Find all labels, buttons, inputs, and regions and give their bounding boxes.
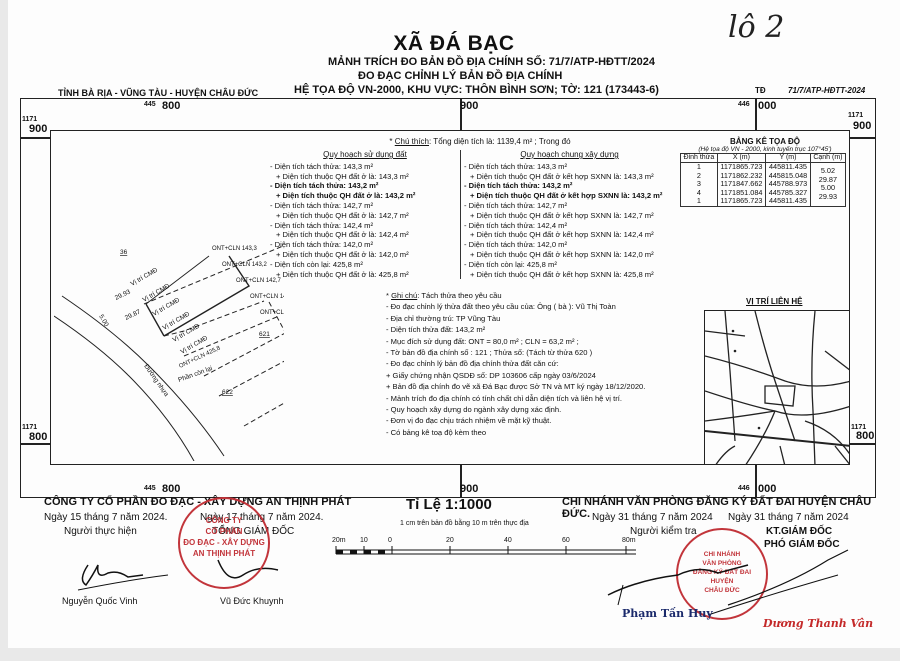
table-row: 123411171865.7231171862.2321171847.66211…: [681, 163, 846, 207]
lot-area-label: ONT+CLN 142,0: [260, 310, 284, 316]
coordinate-system: HỆ TỌA ĐỘ VN-2000, KHU VỰC: THÔN BÌNH SƠ…: [294, 84, 659, 96]
legend-item-area: - Diện tích tách thửa: 143,2 m²: [464, 181, 675, 191]
checker-role: Người kiểm tra: [630, 526, 697, 537]
coordinate-table-grid: Đỉnh thửaX (m)Y (m)Cạnh (m) 123411171865…: [680, 153, 846, 207]
legend-item-area: - Diện tích còn lại: 425,8 m²: [464, 260, 675, 270]
seal-text: ĐO ĐẠC - XÂY DỰNG: [180, 537, 268, 548]
document-title: XÃ ĐÁ BẠC: [8, 32, 900, 56]
note-line: + Giấy chứng nhận QSDĐ số: DP 103606 cấp…: [386, 370, 676, 381]
svg-text:621: 621: [259, 331, 270, 338]
td-code: 71/7/ATP-HĐTT-2024: [788, 86, 865, 95]
note-line: - Diện tích thửa đất: 143,2 m²: [386, 324, 676, 335]
grid-coord: 900: [853, 120, 871, 132]
director-role-kt: KT.GIÁM ĐỐC: [766, 526, 832, 537]
note-line: - Mục đích sử dụng đất: ONT = 80,0 m² ; …: [386, 336, 676, 347]
legend-item-planning: + Diện tích thuộc QH đất ở kết hợp SXNN …: [464, 250, 675, 260]
company-seal: CÔNG TYCỔ PHẦNĐO ĐẠC - XÂY DỰNGAN THỊNH …: [178, 497, 270, 589]
deputy-director-name: Dương Thanh Vân: [763, 617, 873, 630]
area-summary: * Chú thích: Tổng diện tích là: 1139,4 m…: [280, 137, 680, 146]
legend-item-area: - Diện tích tách thửa: 142,0 m²: [270, 240, 460, 250]
grid-line: [755, 465, 757, 498]
branch-date-checker: Ngày 31 tháng 7 năm 2024: [592, 512, 713, 523]
scale-tick-label: 0: [388, 537, 392, 544]
svg-text:29.87: 29.87: [124, 308, 142, 321]
note-line: - Mảnh trích đo địa chính có tính chất c…: [386, 393, 676, 404]
scale-tick-label: 40: [504, 537, 512, 544]
grid-coord: 1171: [22, 424, 37, 431]
lot-area-label: ONT+CLN 143,3: [212, 246, 258, 252]
seal-text: CỔ PHẦN: [180, 526, 268, 537]
legend-item-area: - Diện tích tách thửa: 143,3 m²: [270, 162, 460, 172]
note-line: - Quy hoạch xây dựng do ngành xây dựng x…: [386, 404, 676, 415]
grid-coord: 000: [758, 100, 776, 112]
legend-item-area: - Diện tích tách thửa: 142,4 m²: [464, 221, 675, 231]
checker-name: Phạm Tấn Huy: [622, 607, 713, 620]
scale-tick-label: 10: [360, 537, 368, 544]
grid-line: [20, 443, 50, 445]
branch-date-director: Ngày 31 tháng 7 năm 2024: [728, 512, 849, 523]
seal-text: AN THỊNH PHÁT: [180, 548, 268, 559]
grid-line: [850, 137, 876, 139]
scale-tick-label: 60: [562, 537, 570, 544]
legend-item-planning: + Diện tích thuộc QH đất ở là: 142,0 m²: [270, 250, 460, 260]
legend-item-planning: + Diện tích thuộc QH đất ở kết hợp SXNN …: [464, 211, 675, 221]
grid-coord: 800: [162, 483, 180, 495]
svg-text:36: 36: [120, 249, 128, 256]
note-line: - Tờ bản đồ địa chính số : 121 ; Thửa số…: [386, 347, 676, 358]
note-line: - Đo đạc chỉnh lý bản đồ địa chính thửa …: [386, 358, 676, 369]
scale-tick-label: 20m: [332, 537, 346, 544]
legend-item-planning: + Diện tích thuộc QH đất ở là: 143,3 m²: [270, 172, 460, 182]
location-road-network: [705, 311, 850, 465]
grid-coord: 900: [460, 100, 478, 112]
table-cell-pt: 12341: [681, 163, 718, 207]
legend-item-area: - Diện tích tách thửa: 142,7 m²: [270, 201, 460, 211]
cell-value: 1: [683, 197, 715, 206]
cadastral-extract-document: lô 2 XÃ ĐÁ BẠC MẢNH TRÍCH ĐO BẢN ĐỒ ĐỊA …: [8, 0, 900, 648]
parcel-sketch-map: 36 621 622 Đường nhựa 29.93 29.87 5.00 V…: [54, 236, 284, 461]
signature-branch: [588, 545, 888, 615]
grid-coord: 1171: [22, 116, 37, 123]
legend-item-area: - Diện tích tách thửa: 142,4 m²: [270, 221, 460, 231]
lot-area-label: ONT+CLN 143,2: [222, 262, 268, 268]
lot-area-label: ONT+CLN 142,4: [250, 294, 284, 300]
company-date-performer: Ngày 15 tháng 7 năm 2024.: [44, 512, 167, 523]
cell-value: 445811.435: [768, 197, 808, 206]
svg-text:Đường nhựa: Đường nhựa: [142, 363, 169, 398]
legend-item-area: - Diện tích tách thửa: 142,7 m²: [464, 201, 675, 211]
performer-name: Nguyễn Quốc Vinh: [62, 596, 137, 606]
location-map-title: VỊ TRÍ LIÊN HỆ: [746, 297, 802, 306]
legend-item-area: - Diện tích tách thửa: 142,0 m²: [464, 240, 675, 250]
scale-tick-label: 80m: [622, 537, 636, 544]
table-cell-x: 1171865.7231171862.2321171847.6621171851…: [717, 163, 765, 207]
legend-item-planning: + Diện tích thuộc QH đất ở kết hợp SXNN …: [464, 270, 675, 280]
extract-number: MẢNH TRÍCH ĐO BẢN ĐỒ ĐỊA CHÍNH SỐ: 71/7/…: [328, 56, 655, 68]
seal-text: CÔNG TY: [180, 515, 268, 526]
legend-item-planning: + Diện tích thuộc QH đất ở là: 142,4 m²: [270, 230, 460, 240]
legend-item-planning: + Diện tích thuộc QH đất ở kết hợp SXNN …: [464, 230, 675, 240]
svg-text:Vị trí CMĐ: Vị trí CMĐ: [152, 297, 182, 318]
legend-item-area: - Diện tích tách thửa: 143,2 m²: [270, 181, 460, 191]
note-line: + Bản đồ địa chính đo vẽ xã Đá Bạc được …: [386, 381, 676, 392]
legend-item-planning: + Diện tích thuộc QH đất ở là: 142,7 m²: [270, 211, 460, 221]
scale-tick-label: 20: [446, 537, 454, 544]
grid-coord: 800: [29, 431, 47, 443]
legend-item-area: - Diện tích còn lại: 425,8 m²: [270, 260, 460, 270]
note-line: - Địa chỉ thường trú: TP Vũng Tàu: [386, 313, 676, 324]
table-header: Cạnh (m): [810, 154, 845, 163]
director-name: Vũ Đức Khuynh: [220, 596, 284, 606]
location-map: [704, 310, 850, 465]
performer-role: Người thực hiện: [64, 526, 137, 537]
svg-text:622: 622: [222, 389, 233, 396]
legend-item-area: - Diện tích tách thửa: 143,3 m²: [464, 162, 675, 172]
coordinate-table: BẢNG KÊ TỌA ĐỘ (Hệ tọa độ VN - 2000, kin…: [680, 137, 850, 207]
svg-text:Vị trí CMĐ: Vị trí CMĐ: [130, 267, 160, 288]
province-district: TỈNH BÀ RỊA - VŨNG TÀU - HUYỆN CHÂU ĐỨC: [58, 88, 258, 98]
svg-text:29.93: 29.93: [114, 288, 132, 301]
grid-line: [20, 137, 50, 139]
legend-item-planning: + Diện tích thuộc QH đất ở kết hợp SXNN …: [464, 191, 675, 201]
svg-text:5.00: 5.00: [97, 314, 110, 329]
cell-value: 29.93: [813, 193, 843, 202]
grid-line: [850, 443, 876, 445]
grid-coord: 800: [856, 430, 874, 442]
legend-item-planning: + Diện tích thuộc QH đất ở là: 143,2 m²: [270, 191, 460, 201]
note-line: - Đo đạc chỉnh lý thửa đất theo yêu cầu …: [386, 301, 676, 312]
survey-type: ĐO ĐẠC CHỈNH LÝ BẢN ĐỒ ĐỊA CHÍNH: [358, 70, 562, 82]
grid-coord: 900: [29, 123, 47, 135]
scale-description: 1 cm trên bản đồ bằng 10 m trên thực địa: [400, 520, 529, 527]
land-use-planning-legend: Quy hoạch sử dụng đất - Diện tích tách t…: [270, 150, 460, 279]
notes-section: * Ghi chú: Tách thửa theo yêu cầu - Đo đ…: [386, 290, 676, 438]
legend-item-planning: + Diện tích thuộc QH đất ở kết hợp SXNN …: [464, 172, 675, 182]
grid-coord: 445: [144, 101, 156, 108]
lot-area-label: ONT+CLN 142,7: [236, 278, 282, 284]
grid-line: [755, 98, 757, 130]
note-line: - Có bảng kê toạ độ kèm theo: [386, 427, 676, 438]
cell-value: 1171865.723: [720, 197, 763, 206]
grid-coord: 800: [162, 100, 180, 112]
note-line: - Đơn vị đo đạc chịu trách nhiệm về mặt …: [386, 415, 676, 426]
construction-planning-legend: Quy hoạch chung xây dựng - Diện tích tác…: [460, 150, 675, 279]
grid-coord: 900: [460, 483, 478, 495]
map-scale: Tỉ Lệ 1:1000: [406, 496, 492, 513]
td-label: TĐ: [755, 86, 766, 95]
grid-coord: 000: [758, 483, 776, 495]
svg-text:Vị trí CMĐ: Vị trí CMĐ: [142, 283, 172, 304]
table-cell-y: 445811.435445815.048445788.973445785.327…: [766, 163, 811, 207]
grid-coord: 446: [738, 485, 750, 492]
table-cell-edge: 5.0229.875.0029.93: [810, 163, 845, 207]
legend-item-planning: + Diện tích thuộc QH đất ở là: 425,8 m²: [270, 270, 460, 280]
grid-coord: 445: [144, 485, 156, 492]
grid-coord: 1171: [848, 112, 863, 119]
grid-coord: 446: [738, 101, 750, 108]
